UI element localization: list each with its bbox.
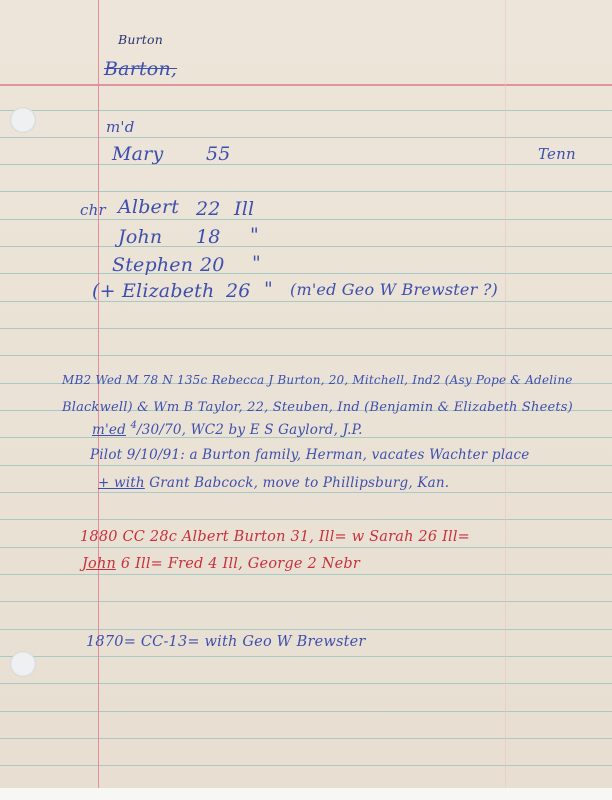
census-1880-children: 6 Ill= Fred 4 Ill, George 2 Nebr: [116, 556, 360, 572]
rule-line: [0, 656, 612, 657]
marriage-record-line-5: + with Grant Babcock, move to Phillipsbu…: [98, 475, 449, 491]
rule-line: [0, 574, 612, 575]
child-name: John: [118, 226, 162, 248]
name-struck: Barton,: [104, 58, 177, 80]
child-age: 26: [226, 280, 251, 302]
child-place: ": [252, 252, 261, 274]
rule-line: [0, 765, 612, 766]
rule-line: [0, 328, 612, 329]
left-margin-line: [98, 0, 99, 788]
marriage-date: /30/70, WC2 by E S Gaylord, J.P.: [137, 422, 363, 438]
rule-line: [0, 492, 612, 493]
rule-line: [0, 355, 612, 356]
census-1880-line-1: 1880 CC 28c Albert Burton 31, Ill= w Sar…: [80, 529, 470, 545]
rule-line: [0, 137, 612, 138]
census-1880-child-john: John: [82, 556, 116, 572]
punch-hole-bottom: [10, 651, 36, 677]
rule-line: [0, 191, 612, 192]
spouse-name: Mary: [112, 143, 163, 165]
census-1870-line: 1870= CC-13= with Geo W Brewster: [86, 634, 366, 650]
spouse-age: 55: [206, 143, 231, 165]
census-1880-line-2: John 6 Ill= Fred 4 Ill, George 2 Nebr: [82, 556, 360, 572]
rule-line: [0, 738, 612, 739]
rule-line: [0, 219, 612, 220]
child-name: Stephen: [112, 254, 193, 276]
marriage-record-line-1: MB2 Wed M 78 N 135c Rebecca J Burton, 20…: [62, 373, 573, 387]
rule-line: [0, 519, 612, 520]
rule-line: [0, 465, 612, 466]
header-rule: [0, 84, 612, 86]
scan-edge: [0, 788, 612, 800]
married-label: m'd: [106, 118, 135, 136]
child-name: Albert: [118, 196, 179, 218]
marriage-record-line-2: Blackwell) & Wm B Taylor, 22, Steuben, I…: [62, 400, 573, 415]
child-name: (+ Elizabeth: [92, 280, 214, 302]
notebook-page: Burton Barton, m'd Mary 55 Tenn chr Albe…: [0, 0, 612, 788]
child-age: 20: [200, 254, 225, 276]
right-margin-line: [505, 0, 506, 788]
rule-line: [0, 164, 612, 165]
pilot-rest: Grant Babcock, move to Phillipsburg, Kan…: [145, 475, 449, 491]
rule-line: [0, 110, 612, 111]
rule-line: [0, 711, 612, 712]
child-age: 22: [196, 198, 221, 220]
child-place: ": [264, 278, 273, 300]
children-label: chr: [80, 201, 106, 219]
rule-line: [0, 547, 612, 548]
marriage-record-line-4: Pilot 9/10/91: a Burton family, Herman, …: [90, 447, 529, 463]
rule-line: [0, 601, 612, 602]
rule-line: [0, 246, 612, 247]
punch-hole-top: [10, 107, 36, 133]
child-place: ": [250, 224, 259, 246]
spouse-birthplace: Tenn: [538, 145, 576, 163]
child-place: Ill: [234, 198, 254, 220]
child-age: 18: [196, 226, 221, 248]
married-label: m'ed: [92, 422, 126, 438]
rule-line: [0, 629, 612, 630]
name-corrected: Burton: [118, 32, 163, 47]
rule-line: [0, 683, 612, 684]
rule-line: [0, 273, 612, 274]
marriage-record-line-3: m'ed 4/30/70, WC2 by E S Gaylord, J.P.: [92, 420, 363, 438]
child-note: (m'ed Geo W Brewster ?): [290, 280, 498, 299]
pilot-prefix: + with: [98, 475, 145, 491]
